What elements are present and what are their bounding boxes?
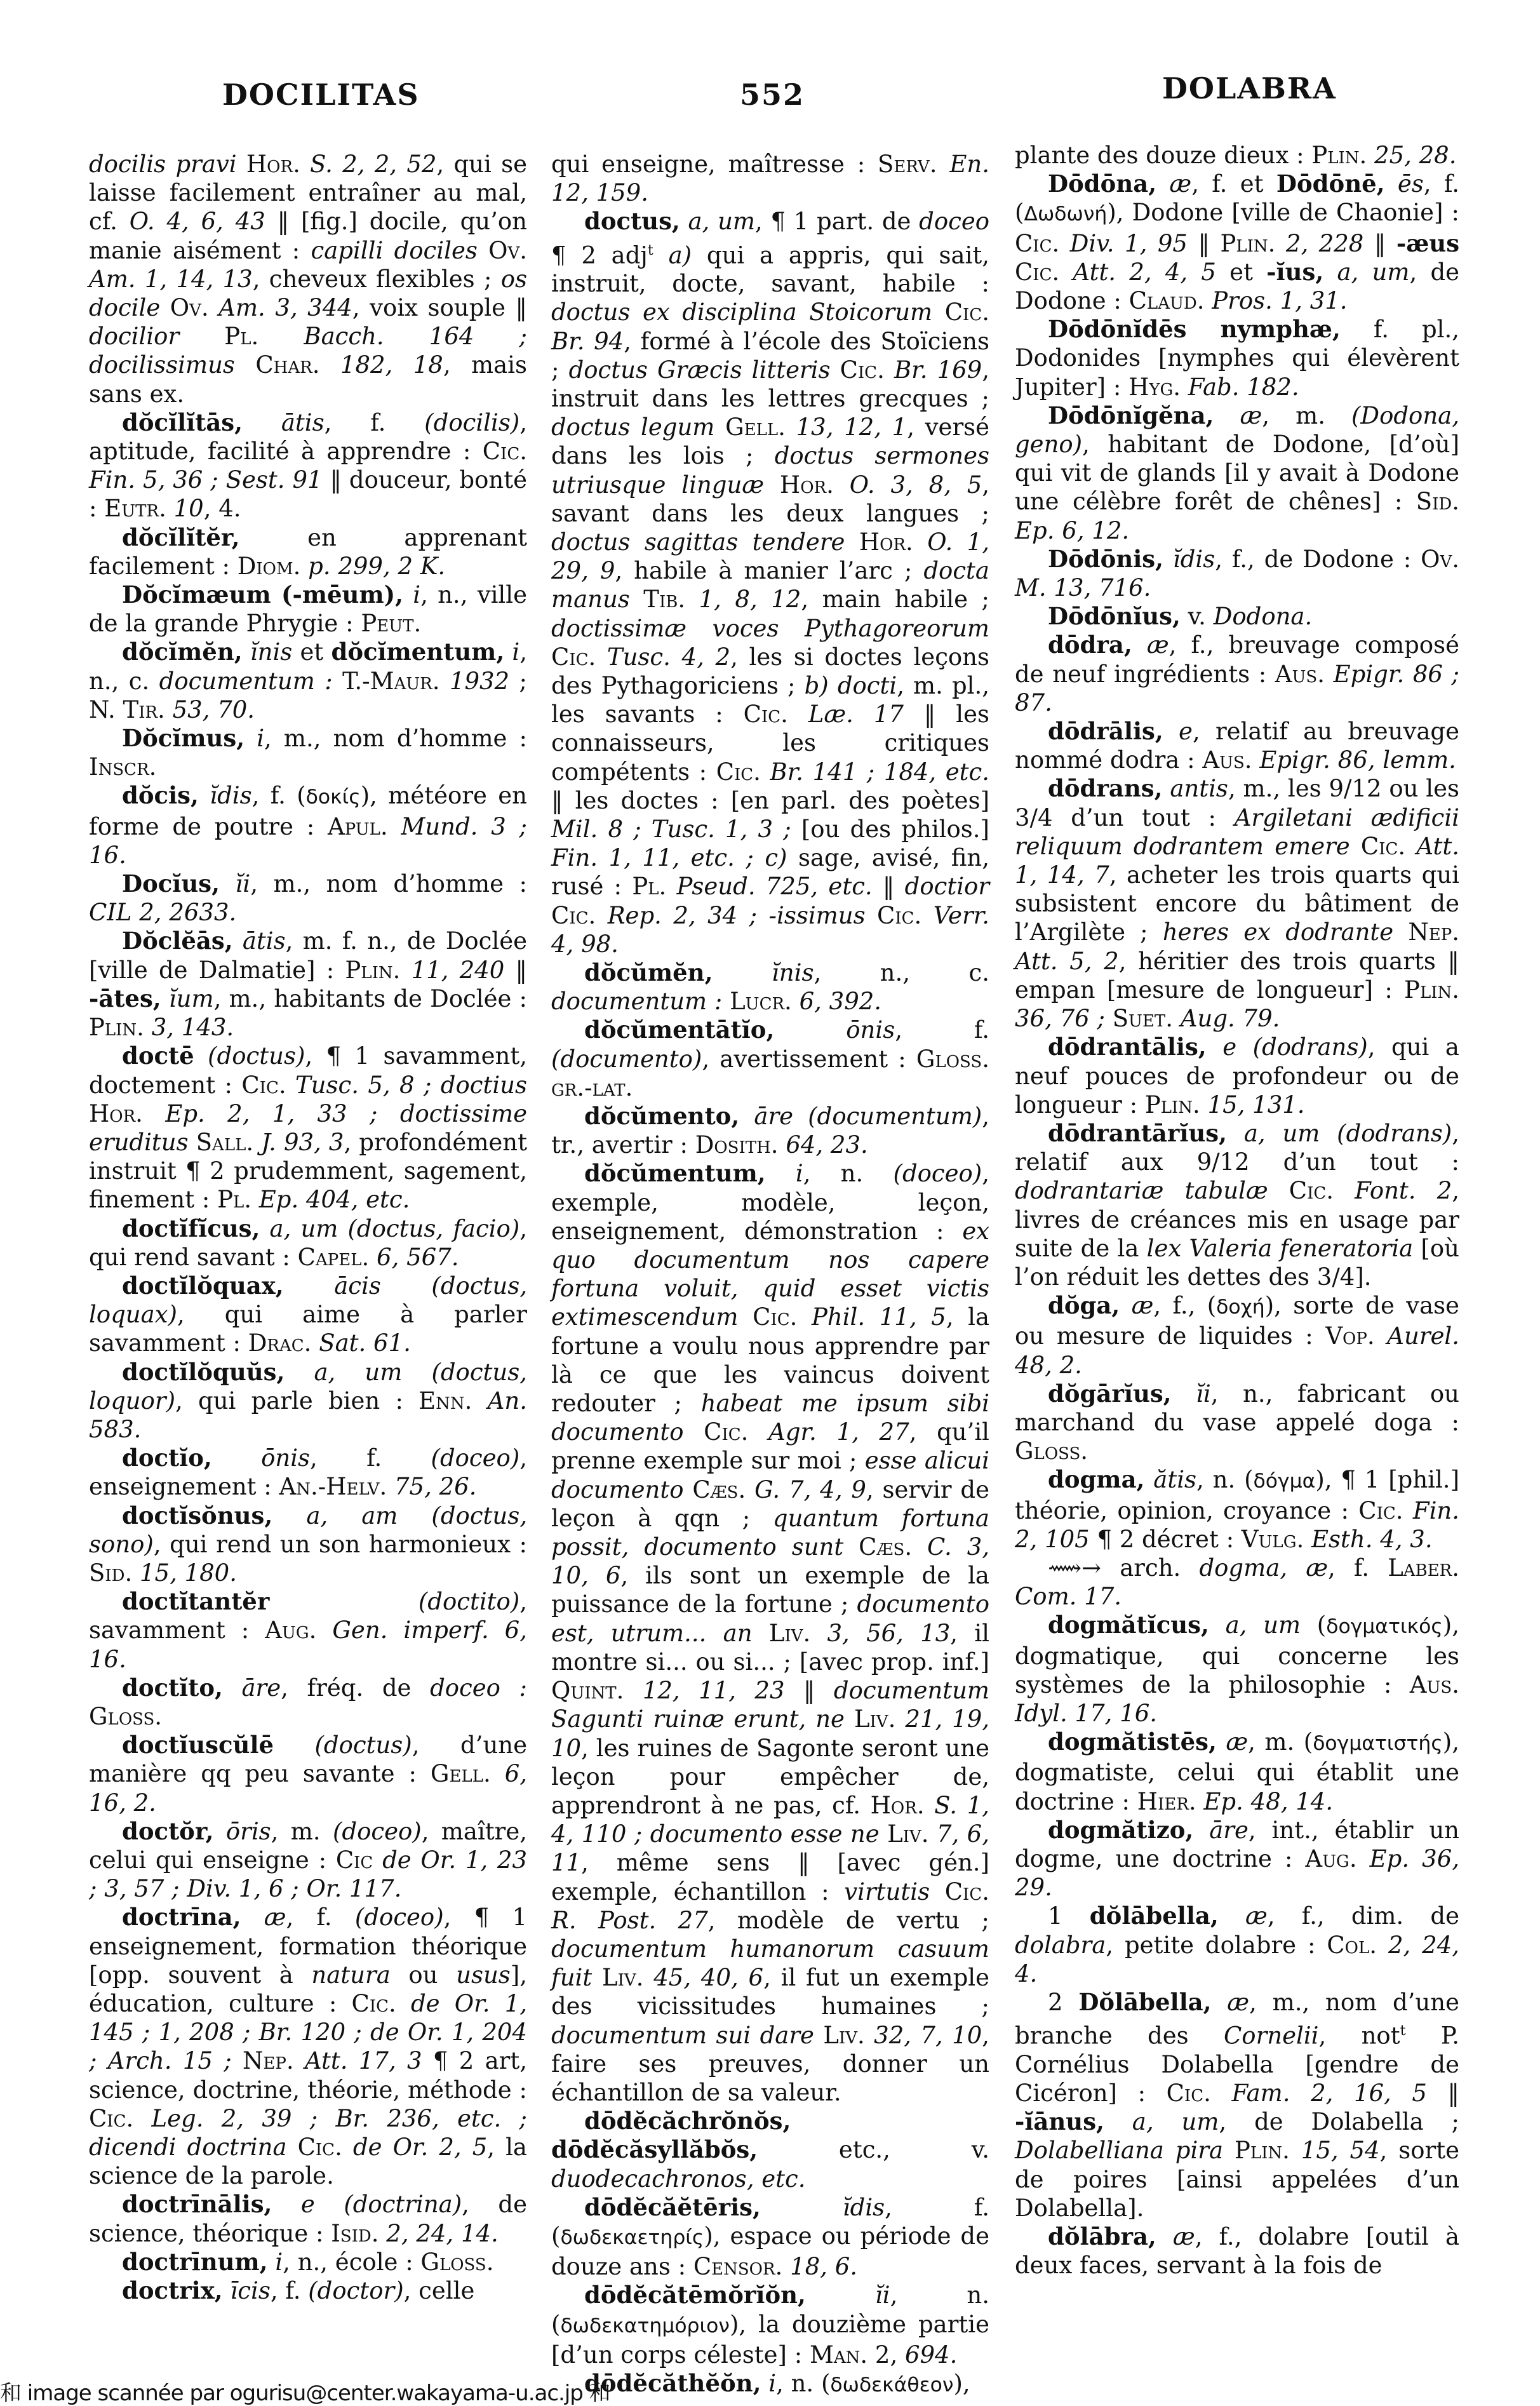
headword: dōdĕcăchrŏnŏs, dōdĕcăsyllăbŏs,	[551, 2107, 791, 2163]
headword: dogmătizo,	[1048, 1816, 1193, 1844]
headword: doctŏr,	[122, 1817, 214, 1845]
entry-text: ōnis	[261, 1444, 310, 1472]
entry-text	[166, 495, 174, 522]
entry-text: , n., école :	[283, 2248, 420, 2276]
entry-text	[680, 208, 688, 235]
entry-text: M. 13, 716.	[1015, 574, 1151, 601]
entry-text: heres ex dodrante	[1163, 918, 1393, 946]
entry-text	[269, 1588, 418, 1615]
dictionary-entry: dōdĕcăĕtēris, ĭdis, f. (δωδεκαετηρίς), e…	[551, 2193, 989, 2282]
author-abbrev: Col.	[1327, 1932, 1377, 1959]
entry-text	[738, 1303, 753, 1331]
entry-text: arch.	[1101, 1554, 1199, 1582]
headword: doctĭtantĕr	[122, 1587, 269, 1615]
headword: doctĭo,	[122, 1444, 212, 1472]
entry-text	[596, 643, 607, 671]
entry-text	[713, 959, 772, 986]
page-number: 552	[740, 77, 805, 112]
author-abbrev: Cic.	[1167, 2080, 1211, 2107]
entry-text	[1059, 259, 1073, 286]
entry-text: ōris	[226, 1818, 271, 1845]
entry-text: (doceo)	[894, 1160, 982, 1187]
entry-text: , n. (	[1196, 1466, 1254, 1493]
headword: dŏcĭlĭtĕr,	[122, 523, 240, 551]
entry-text	[199, 782, 210, 809]
headword: -ātes,	[89, 985, 161, 1012]
greek-etymon: δοκίς	[306, 786, 361, 809]
entry-text	[1268, 1177, 1289, 1204]
entry-text: æ	[1147, 631, 1169, 659]
entry-text: æ	[1227, 1989, 1249, 2016]
entry-text	[782, 2253, 790, 2280]
entry-text: et	[1216, 259, 1266, 286]
entry-text	[1163, 775, 1170, 802]
dictionary-entry: dŏga, æ, f., (δοχή), sorte de vase ou me…	[1015, 1291, 1459, 1380]
author-abbrev: Cic.	[945, 1878, 989, 1905]
entry-text	[373, 1846, 382, 1874]
entry-text: æ	[1132, 1292, 1154, 1319]
greek-etymon: Δωδωνή	[1024, 203, 1107, 225]
entry-text: , f.	[1328, 1554, 1388, 1582]
entry-continuation: docilis pravi Hor. S. 2, 2, 52, qui se l…	[89, 150, 527, 408]
entry-text: Epigr. 86, lemm.	[1259, 746, 1456, 774]
headword: dōdĕcăĕtēris,	[584, 2193, 761, 2221]
entry-text: e	[1179, 718, 1193, 745]
entry-text: duodecachronos, etc.	[551, 2165, 806, 2193]
entry-text: 15, 180.	[140, 1559, 237, 1587]
entry-text	[1219, 1902, 1245, 1930]
dictionary-entry: Dŏcĭmus, i, m., nom d’homme : Inscr.	[89, 724, 527, 781]
author-abbrev: Cic.	[1358, 1497, 1403, 1524]
dictionary-entry: dŏgārĭus, ĭi, n., fabricant ou marchand …	[1015, 1380, 1459, 1466]
entry-text	[272, 1502, 306, 1529]
entry-text: J. 93, 3	[261, 1129, 344, 1156]
author-abbrev: Cic.	[551, 902, 596, 929]
entry-text	[764, 471, 780, 499]
entry-text: 1932	[450, 668, 509, 695]
entry-text	[1217, 1728, 1226, 1756]
dictionary-entry: 1 dŏlābella, æ, f., dim. de dolabra, pet…	[1015, 1902, 1459, 1988]
author-abbrev: Plin.	[89, 1014, 144, 1041]
entry-text	[1350, 833, 1361, 860]
entry-text: Læ. 17	[808, 701, 904, 728]
greek-etymon: δωδεκαετηρίς	[560, 2226, 704, 2249]
author-abbrev: Gell.	[725, 413, 786, 441]
entry-text	[300, 151, 310, 178]
entry-text	[491, 1760, 505, 1787]
entry-text	[1105, 1005, 1113, 1032]
entry-text	[244, 725, 257, 752]
author-abbrev: Liv.	[769, 1620, 810, 1647]
author-abbrev: Cic.	[704, 1418, 748, 1446]
author-abbrev: Cic	[336, 1846, 373, 1874]
dictionary-entry: dŏcĭmĕn, ĭnis et dŏcĭmentum, i, n., c. d…	[89, 638, 527, 724]
entry-text	[294, 2047, 305, 2074]
entry-text	[285, 1359, 314, 1386]
entry-text: 45, 40, 6	[653, 1964, 763, 1991]
dictionary-entry: doctrīna, æ, f. (doceo), ¶ 1 enseignemen…	[89, 1903, 527, 2190]
entry-text	[1393, 918, 1408, 946]
dictionary-entry: dogmătĭcus, a, um (δογματικός), dogmatiq…	[1015, 1611, 1459, 1728]
entry-text: v.	[1181, 603, 1214, 630]
entry-text	[194, 1042, 208, 1070]
dictionary-entry: 2 Dŏlābella, æ, m., nom d’une branche de…	[1015, 1988, 1459, 2222]
entry-text: Agr. 1, 27	[768, 1418, 909, 1446]
entry-text: 182, 18	[340, 351, 443, 379]
author-abbrev: Cic.	[551, 643, 596, 671]
entry-text: dogma, æ	[1199, 1554, 1328, 1582]
dictionary-entry: Dōdōna, æ, f. et Dōdōnē, ēs, f. (Δωδωνή)…	[1015, 170, 1459, 315]
author-abbrev: Inscr.	[89, 753, 156, 781]
entry-text	[209, 294, 219, 321]
author-abbrev: Char.	[255, 351, 319, 379]
entry-text: 15, 131.	[1208, 1091, 1305, 1119]
dictionary-entry: dōdrantālis, e (dodrans), qui a neuf pou…	[1015, 1033, 1459, 1119]
entry-text	[144, 1014, 152, 1041]
entry-text: , f. et	[1191, 170, 1276, 198]
entry-text	[369, 1244, 377, 1271]
entry-text	[237, 151, 246, 178]
entry-text	[666, 873, 676, 900]
headword: Dŏcĭmus,	[122, 724, 244, 752]
author-abbrev: Sid.	[1416, 488, 1459, 515]
dictionary-entry: Dŏclĕās, ātis, m. f. n., de Doclée [vill…	[89, 927, 527, 1042]
headword: Dōdōnĭus,	[1048, 602, 1181, 630]
author-abbrev: Cic.	[241, 1072, 286, 1099]
entry-text	[1193, 1817, 1209, 1844]
entry-text	[179, 323, 224, 350]
entry-text	[165, 696, 173, 723]
entry-text: natura	[311, 1961, 390, 1989]
headword: dōdrantārĭus,	[1048, 1119, 1227, 1147]
headword: dŏcŭmento,	[584, 1102, 739, 1130]
author-abbrev: Cic.	[840, 356, 885, 384]
entry-text	[388, 813, 401, 840]
entry-text: , f., dim. de	[1268, 1902, 1459, 1930]
headword: dōdrālis,	[1048, 717, 1163, 745]
entry-text: documentum :	[551, 988, 722, 1015]
entry-text	[885, 356, 894, 384]
entry-text	[1357, 1845, 1370, 1872]
entry-text: doctus Græcis litteris	[569, 356, 831, 384]
author-abbrev: Dosith.	[695, 1131, 779, 1159]
author-abbrev: Diom.	[238, 553, 301, 580]
entry-text: īcis	[230, 2277, 270, 2304]
entry-text	[865, 2022, 874, 2049]
entry-text: , voix souple ‖	[352, 294, 527, 321]
entry-text	[143, 1100, 165, 1127]
author-abbrev: Liv.	[854, 1705, 895, 1733]
entry-text	[630, 586, 644, 613]
entry-text: ātis	[243, 927, 286, 955]
entry-text	[319, 351, 340, 379]
entry-text	[342, 2134, 353, 2161]
headword: doctē	[122, 1042, 194, 1070]
entry-text: Fam. 2, 16, 5	[1231, 2080, 1426, 2107]
headword: dōdrans,	[1048, 774, 1163, 802]
entry-text	[1405, 833, 1416, 860]
entry-text	[223, 2277, 231, 2304]
right-guide-word: DOLABRA	[1162, 71, 1337, 105]
entry-text	[161, 985, 169, 1012]
author-abbrev: Hor.	[859, 528, 913, 556]
author-abbrev: Gell.	[431, 1760, 491, 1787]
entry-text: ătis	[1153, 1466, 1196, 1493]
author-abbrev: Aus.	[1410, 1671, 1459, 1698]
entry-text: O. 4, 6, 43	[130, 208, 265, 235]
entry-text: (docilis)	[424, 409, 519, 436]
entry-text	[829, 672, 838, 699]
entry-text: ĭi	[1196, 1380, 1211, 1408]
headword: dŏlābra,	[1048, 2222, 1156, 2250]
entry-text: , avertissement :	[702, 1045, 916, 1073]
entry-text: , f.	[895, 1016, 989, 1044]
author-abbrev: Pl.	[632, 873, 666, 900]
author-abbrev: Enn.	[418, 1387, 472, 1415]
entry-text	[1144, 1466, 1153, 1493]
entry-text	[311, 1329, 319, 1357]
author-abbrev: Peut.	[361, 610, 421, 637]
dictionary-entry: ⟿→ arch. dogma, æ, f. Laber. Com. 17.	[1015, 1554, 1459, 1611]
dictionary-entry: doctĭsŏnus, a, am (doctus, sono), qui re…	[89, 1502, 527, 1588]
author-abbrev: Cic.	[483, 438, 527, 465]
dictionary-entry: doctĭto, āre, fréq. de doceo : Gloss.	[89, 1674, 527, 1731]
entry-text	[258, 323, 304, 350]
author-abbrev: Man.	[810, 2341, 867, 2369]
headword: doctrīnum,	[122, 2248, 268, 2276]
headword: doctrīna,	[122, 1903, 241, 1931]
entry-text: virtutis	[844, 1878, 930, 1905]
headword: Dōdōnĭgĕna,	[1048, 401, 1214, 429]
entry-text	[1205, 287, 1212, 314]
entry-text: , f.	[271, 2277, 308, 2304]
dictionary-entry: doctrīnālis, e (doctrina), de science, t…	[89, 2190, 527, 2247]
entry-text	[260, 1215, 269, 1242]
entry-text	[274, 1731, 315, 1759]
entry-text: i	[796, 1160, 803, 1187]
entry-text: (doctor)	[308, 2277, 403, 2304]
dictionary-entry: doctus, a, um, ¶ 1 part. de doceo ¶ 2 ad…	[551, 207, 989, 958]
entry-text: , m., nom d’homme :	[264, 725, 527, 752]
author-abbrev: Gloss.	[1015, 1437, 1088, 1465]
entry-text	[1156, 170, 1169, 198]
entry-text: Br. 169	[894, 356, 982, 384]
entry-text: 32, 7, 10	[874, 2022, 982, 2049]
entry-text	[797, 1303, 812, 1331]
entry-text: doceo	[919, 208, 989, 235]
entry-text: 10	[174, 495, 204, 522]
entry-text: , habile à manier l’arc ;	[615, 557, 923, 584]
entry-text: Am. 1, 14, 13	[89, 265, 253, 293]
entry-text	[1403, 1497, 1413, 1524]
entry-text: 75, 26.	[394, 1473, 476, 1500]
entry-text	[440, 668, 450, 695]
dictionary-entry: dōdrans, antis, m., les 9/12 ou les 3/4 …	[1015, 774, 1459, 1033]
entry-text	[746, 1476, 754, 1503]
entry-text: 18, 6.	[790, 2253, 857, 2280]
author-abbrev: Hyg.	[1128, 373, 1181, 401]
entry-text	[1252, 746, 1260, 774]
entry-text: Ep. 48, 14.	[1203, 1788, 1333, 1815]
entry-text: etc., v.	[758, 2136, 989, 2163]
entry-text: qui enseigne, maîtresse :	[551, 151, 878, 178]
entry-text: documentum sui dare	[551, 2022, 814, 2049]
entry-text: (doctus)	[208, 1042, 305, 1070]
entry-text: ĭnis	[772, 959, 814, 986]
entry-text	[133, 2105, 151, 2132]
entry-text: ōnis	[846, 1016, 895, 1044]
author-abbrev: T.-Maur.	[342, 668, 439, 695]
author-abbrev: Cic.	[716, 758, 761, 786]
author-abbrev: Censor.	[693, 2253, 783, 2280]
dictionary-column-1: docilis pravi Hor. S. 2, 2, 52, qui se l…	[89, 150, 527, 2305]
entry-text	[683, 1418, 704, 1446]
entry-text	[1211, 2080, 1232, 2107]
headword: doctĭto,	[122, 1674, 223, 1702]
entry-text: ĭum	[169, 985, 214, 1012]
greek-etymon: δωδεκάθεον	[830, 2374, 953, 2396]
headword: doctĭlŏquŭs,	[122, 1358, 285, 1386]
entry-text	[253, 1129, 261, 1156]
entry-text: docti	[838, 672, 897, 699]
entry-text: , main habile ;	[801, 586, 989, 613]
entry-text	[766, 1160, 796, 1187]
entry-text	[504, 638, 512, 666]
headword: dōdra,	[1048, 631, 1132, 659]
entry-text	[160, 294, 170, 321]
entry-text	[189, 1129, 196, 1156]
entry-text: , de Dolabella ;	[1219, 2108, 1459, 2135]
entry-text: , m.	[1262, 402, 1351, 429]
entry-text: , not	[1318, 2022, 1400, 2050]
entry-text	[814, 2022, 823, 2049]
headword: dōdĕcăthĕŏn,	[584, 2369, 761, 2397]
dictionary-entry: dōdĕcăthĕŏn, i, n. (δωδεκάθεον),	[551, 2369, 989, 2400]
entry-text: Tusc. 4, 2	[607, 643, 730, 671]
entry-text	[316, 1616, 332, 1644]
entry-text: ēs	[1398, 170, 1424, 198]
headword: -æus	[1396, 229, 1459, 257]
author-abbrev: Capel.	[298, 1244, 370, 1271]
entry-text: ĭdis	[210, 782, 251, 809]
entry-text	[1325, 661, 1334, 688]
dictionary-entry: doctĭtantĕr (doctito), savamment : Aug. …	[89, 1587, 527, 1674]
entry-text: ‖	[785, 1677, 834, 1704]
headword: dogmătĭcus,	[1048, 1611, 1209, 1639]
author-abbrev: Cic.	[1015, 259, 1059, 286]
entry-text: doctus legum	[551, 413, 714, 441]
entry-text: ‖	[873, 873, 905, 900]
entry-text: a, um (doctus, facio)	[269, 1215, 519, 1242]
entry-text: Com. 17.	[1015, 1583, 1122, 1610]
entry-text	[774, 1016, 846, 1044]
author-abbrev: Plin.	[345, 957, 400, 984]
entry-text	[880, 1820, 887, 1848]
dictionary-entry: Dōdōnĭdēs nymphæ, f. pl., Dodonides [nym…	[1015, 315, 1459, 401]
author-abbrev: An.-Helv.	[279, 1473, 387, 1500]
entry-text	[472, 1387, 487, 1415]
dictionary-entry: dŏcŭmento, āre (documentum), tr., averti…	[551, 1102, 989, 1159]
author-abbrev: Claud.	[1129, 287, 1205, 314]
headword: dŏcŭmĕn,	[584, 958, 713, 986]
headword: dŏcŭmentum,	[584, 1159, 766, 1187]
entry-text: , fréq. de	[281, 1674, 430, 1702]
entry-text: doctus ex disciplina Stoicorum	[551, 299, 932, 326]
entry-text: ‖ les doctes : [en parl. des poètes]	[551, 787, 989, 814]
author-abbrev: Serv.	[878, 151, 937, 178]
author-abbrev: Liv.	[602, 1964, 643, 1991]
entry-text	[1196, 1788, 1204, 1815]
entry-text: ĭdis	[1173, 546, 1215, 573]
entry-text: (doctus)	[314, 1731, 412, 1759]
entry-text	[834, 471, 850, 499]
entry-text: 2, 24, 14.	[386, 2220, 499, 2247]
dictionary-entry: Dōdōnis, ĭdis, f., de Dodone : Ov. M. 13…	[1015, 545, 1459, 602]
entry-text: ātis	[281, 409, 325, 436]
entry-text: Att. 17, 3	[305, 2047, 422, 2074]
entry-text: Dolabelliana pira	[1015, 2137, 1223, 2164]
entry-continuation: plante des douze dieux : Plin. 25, 28.	[1015, 141, 1459, 170]
entry-text	[810, 1620, 827, 1647]
entry-text: Ep. 6, 12.	[1015, 517, 1129, 544]
headword: Docĭus,	[122, 870, 220, 897]
dictionary-entry: dŏcis, ĭdis, f. (δοκίς), météore en form…	[89, 781, 527, 870]
entry-text: , m., habitants de Doclée :	[214, 985, 527, 1012]
author-abbrev: Hor.	[89, 1100, 143, 1127]
author-abbrev: Plin.	[1220, 230, 1275, 257]
greek-etymon: δοχή	[1216, 1296, 1265, 1319]
entry-text: , f. (	[252, 782, 306, 809]
entry-text: 694.	[905, 2341, 957, 2369]
entry-text	[1120, 1292, 1131, 1319]
headword: Dōdōnis,	[1048, 545, 1163, 573]
entry-text	[1367, 142, 1374, 169]
entry-text: 36, 76 ;	[1015, 1005, 1105, 1032]
entry-text: i	[768, 2370, 776, 2397]
entry-text: 2,	[867, 2341, 905, 2369]
entry-text: Br. 94	[551, 328, 624, 355]
entry-text	[233, 927, 243, 955]
author-abbrev: Suet.	[1113, 1005, 1173, 1032]
entry-text	[268, 2248, 276, 2276]
headword: Dōdōnĭdēs nymphæ,	[1048, 315, 1341, 343]
entry-text: , ¶ 1 part. de	[755, 208, 919, 235]
author-abbrev: Aus.	[1275, 661, 1325, 688]
entry-text: G. 7, 4, 9	[754, 1476, 866, 1503]
entry-text: t	[648, 242, 653, 259]
entry-text: , n.	[803, 1160, 894, 1187]
entry-text	[753, 1620, 769, 1647]
entry-text: a, um	[1337, 259, 1409, 286]
author-abbrev: Cic.	[1015, 230, 1059, 257]
entry-text: a, um	[688, 208, 755, 235]
author-abbrev: Plin.	[1145, 1091, 1200, 1119]
entry-text	[1200, 1091, 1208, 1119]
author-abbrev: Sall.	[196, 1129, 253, 1156]
entry-text	[932, 299, 945, 326]
entry-text	[1377, 1932, 1388, 1959]
dictionary-entry: dōdrālis, e, relatif au breuvage nommé d…	[1015, 717, 1459, 774]
entry-text	[243, 409, 281, 436]
dictionary-entry: dōdĕcăchrŏnŏs, dōdĕcăsyllăbŏs, etc., v. …	[551, 2107, 989, 2193]
entry-text: c)	[765, 844, 787, 871]
entry-text	[930, 1878, 945, 1905]
entry-text: , petite dolabre :	[1106, 1932, 1327, 1959]
author-abbrev: Vop.	[1325, 1322, 1374, 1350]
entry-text	[912, 1533, 927, 1561]
entry-text: Fin. 5, 36 ; Sest. 91	[89, 466, 323, 494]
author-abbrev: Laber.	[1388, 1554, 1459, 1582]
